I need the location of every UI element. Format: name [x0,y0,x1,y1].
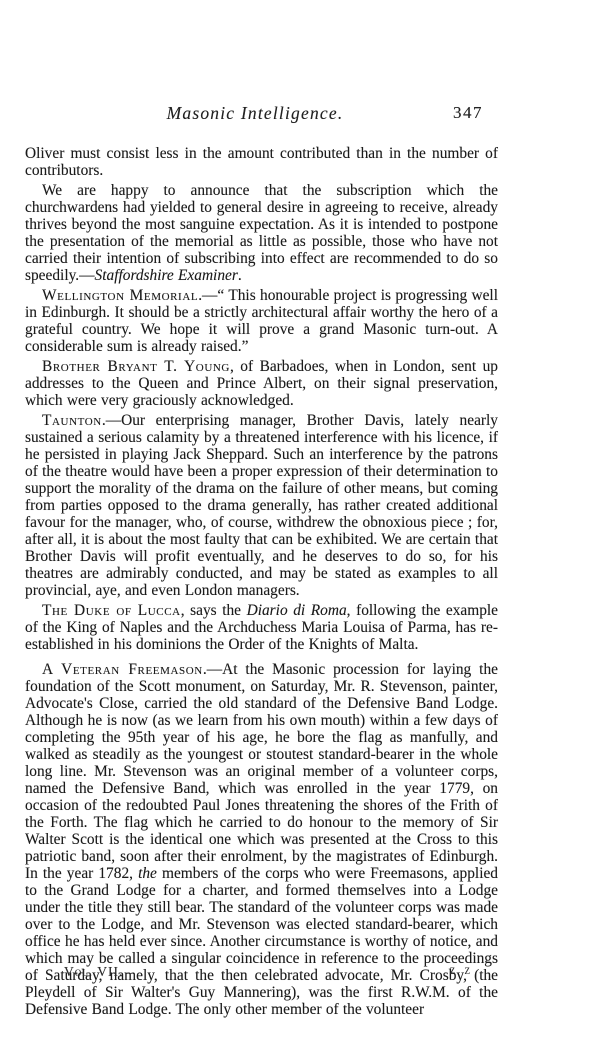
text-segment-italic: the [138,865,157,882]
signature-mark: z z [450,962,473,978]
text-segment-normal: .—Our enterprising manager, Brother Davi… [25,412,498,599]
page-body: Oliver must consist less in the amount c… [25,142,498,1018]
text-segment-smallcaps: The Duke of Lucca [42,602,181,619]
text-segment-smallcaps: Taunton [42,412,102,429]
text-segment-normal: , says the [181,602,247,619]
text-segment-italic: Staffordshire Examiner [95,267,238,284]
running-title: Masonic Intelligence. [0,103,510,124]
paragraph: Brother Bryant T. Young, of Barbadoes, w… [25,358,498,409]
paragraph: Oliver must consist less in the amount c… [25,145,498,179]
page-number: 347 [453,103,483,123]
text-segment-normal: .—At the Masonic procession for laying t… [25,661,498,882]
text-segment-normal: . [238,267,242,284]
paragraph: Taunton.—Our enterprising manager, Broth… [25,412,498,599]
paragraph: Wellington Memorial.—“ This honourable p… [25,287,498,355]
volume-label: Vol. VII. [64,964,123,980]
text-segment-smallcaps: A Veteran Freemason [42,661,203,678]
paragraph: The Duke of Lucca, says the Diario di Ro… [25,602,498,653]
text-segment-smallcaps: Brother Bryant T. Young [42,358,230,375]
text-segment-normal: Oliver must consist less in the amount c… [25,145,498,179]
text-segment-normal: members of the corps who were Freemasons… [25,865,498,1018]
page-footer: Vol. VII. z z [0,964,595,982]
paragraph: We are happy to announce that the subscr… [25,182,498,284]
scanned-document-page: Masonic Intelligence. 347 Oliver must co… [0,0,595,1060]
text-segment-italic: Diario di Roma [247,602,347,619]
text-segment-smallcaps: Wellington Memorial [42,287,198,304]
